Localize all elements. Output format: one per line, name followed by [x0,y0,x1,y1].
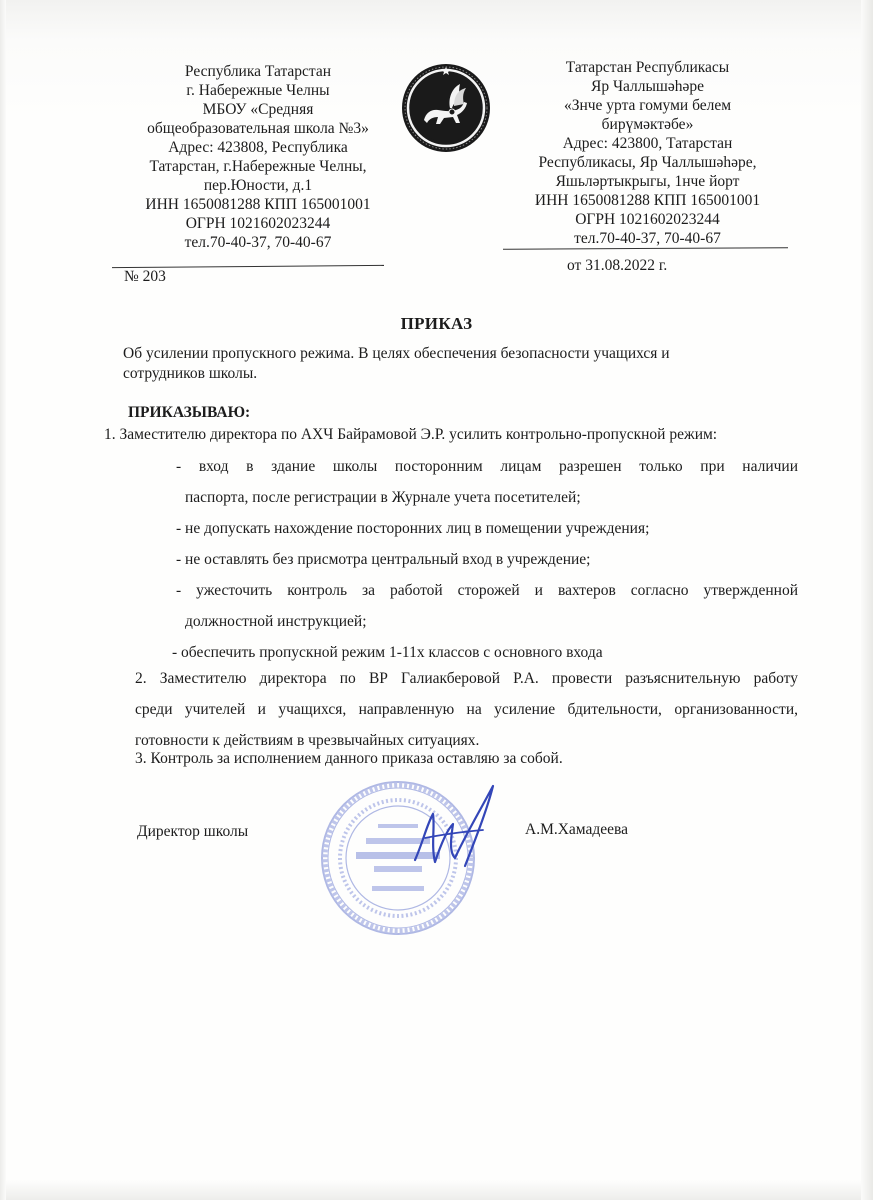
header-line: ОГРН 1021602023244 [118,214,398,233]
header-line: Адрес: 423800, Татарстан [505,134,790,153]
header-line: тел.70-40-37, 70-40-67 [118,233,398,252]
header-line: ИНН 1650081288 КПП 165001001 [118,195,398,214]
header-line: Татарстан, г.Набережные Челны, [118,157,398,176]
document-title: ПРИКАЗ [0,314,873,334]
header-line: МБОУ «Средняя [118,100,398,119]
header-line: «Знче урта гомуми белем [505,96,790,115]
header-line: Республика Татарстан [118,62,398,81]
header-line: г. Набережные Челны [118,81,398,100]
subpoint-line: - не оставлять без присмотра центральный… [176,544,798,575]
header-line: Татарстан Республикасы [505,58,790,77]
tatarstan-coat-of-arms-icon [400,62,492,154]
subpoint-line: - не допускать нахождение посторонних ли… [176,513,798,544]
header-line: бирүмәктәбе» [505,115,790,134]
order-directive-heading: ПРИКАЗЫВАЮ: [128,404,250,422]
document-number: № 203 [124,268,166,286]
item-line: 2. Заместителю директора по ВР Галиакбер… [135,663,798,694]
order-item-1: 1. Заместителю директора по АХЧ Байрамов… [104,426,717,444]
scanned-document-page: Республика Татарстан г. Набережные Челны… [0,0,873,1200]
header-divider-right [503,247,788,249]
handwritten-signature-icon [395,780,505,880]
subpoint-line: - ужесточить контроль за работой стороже… [176,575,798,606]
header-russian-block: Республика Татарстан г. Набережные Челны… [118,62,398,252]
subpoint-line: должностной инструкцией; [176,606,798,637]
order-item-1-subpoints: - вход в здание школы посторонним лицам … [176,451,798,668]
header-tatar-block: Татарстан Республикасы Яр Чаллышәһәре «З… [505,58,790,248]
header-line: Адрес: 423808, Республика [118,138,398,157]
signatory-name: А.М.Хамадеева [525,821,628,839]
header-line: пер.Юности, д.1 [118,176,398,195]
header-line: Яшьләртыкрыгы, 1нче йорт [505,172,790,191]
scan-edge-right [861,0,873,1200]
signatory-role: Директор школы [137,823,248,841]
header-line: ОГРН 1021602023244 [505,210,790,229]
header-line: ИНН 1650081288 КПП 165001001 [505,191,790,210]
header-line: тел.70-40-37, 70-40-67 [505,229,790,248]
order-item-3: 3. Контроль за исполнением данного прика… [135,750,563,768]
preamble-line: сотрудников школы. [123,364,763,384]
subpoint-line: - вход в здание школы посторонним лицам … [176,451,798,482]
document-date: от 31.08.2022 г. [567,257,667,275]
preamble-line: Об усилении пропускного режима. В целях … [123,344,763,364]
header-line: общеобразовательная школа №3» [118,119,398,138]
order-item-2: 2. Заместителю директора по ВР Галиакбер… [135,663,798,756]
header-line: Яр Чаллышәһәре [505,77,790,96]
scan-edge-left [0,0,6,1200]
item-line: среди учителей и учащихся, направленную … [135,694,798,725]
order-preamble: Об усилении пропускного режима. В целях … [123,344,763,384]
header-line: Республикасы, Яр Чаллышәһәре, [505,153,790,172]
subpoint-line: паспорта, после регистрации в Журнале уч… [176,482,798,513]
